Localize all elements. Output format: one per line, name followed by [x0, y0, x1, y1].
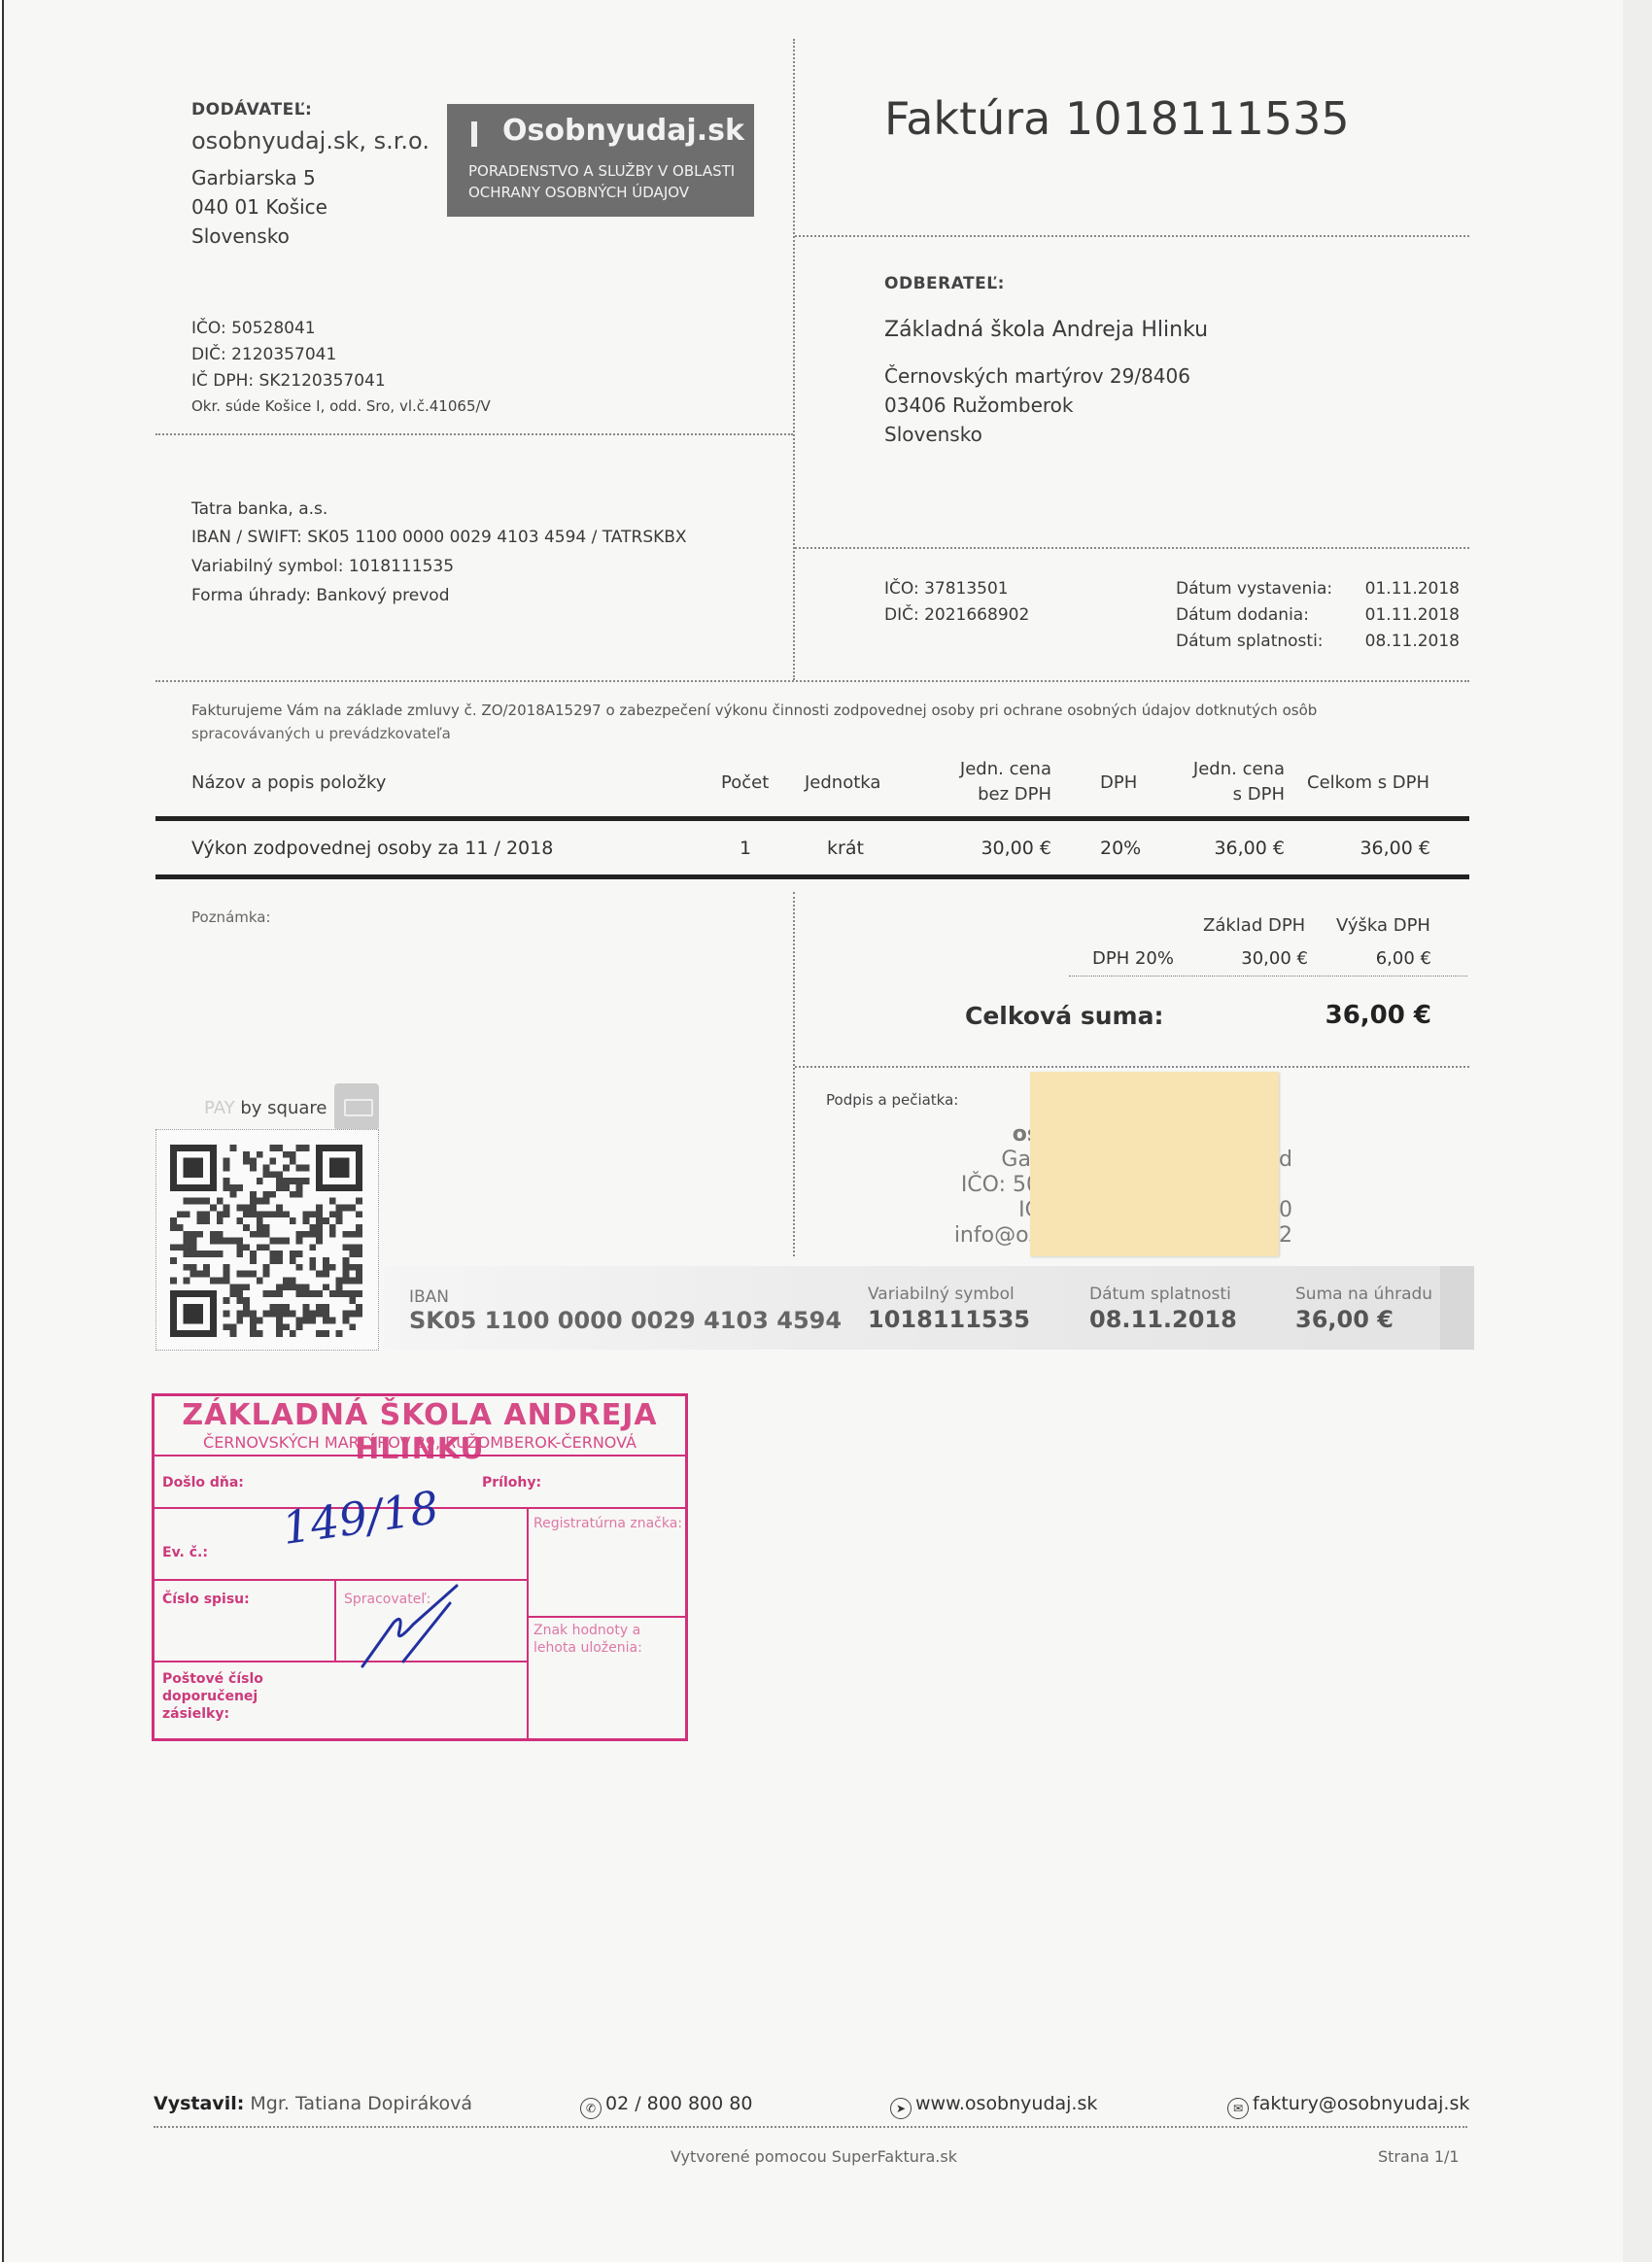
logo-tagline: PORADENSTVO A SLUŽBY V OBLASTI OCHRANY O…	[468, 160, 735, 203]
company-logo: Osobnyudaj.sk PORADENSTVO A SLUŽBY V OBL…	[447, 104, 754, 217]
supplier-dic: DIČ: 2120357041	[191, 342, 336, 368]
website-link[interactable]: www.osobnyudaj.sk	[915, 2093, 1097, 2114]
table-rule	[155, 816, 1469, 821]
stamp-line: d	[1279, 1148, 1308, 1173]
col-header-line: bez DPH	[933, 782, 1051, 807]
footer-phone[interactable]: ✆02 / 800 800 80	[580, 2093, 752, 2119]
stamp-line: info@os	[943, 1223, 1040, 1249]
customer-ico: IČO: 37813501	[884, 576, 1009, 602]
logo-tagline-line: OCHRANY OSOBNÝCH ÚDAJOV	[468, 182, 735, 203]
qr-code-icon	[170, 1145, 362, 1337]
iban-swift: IBAN / SWIFT: SK05 1100 0000 0029 4103 4…	[191, 525, 687, 551]
issued-by: Vystavil: Mgr. Tatiana Dopiráková	[154, 2093, 472, 2114]
due-label: Dátum splatnosti	[1089, 1285, 1231, 1304]
item-qty: 1	[740, 838, 751, 859]
total-value: 36,00 €	[1292, 1001, 1431, 1030]
company-stamp: os Gar IČO: 50 IČ info@os	[943, 1122, 1040, 1249]
invoice-title: Faktúra 1018111535	[884, 92, 1350, 145]
issued-by-name: Mgr. Tatiana Dopiráková	[250, 2093, 472, 2114]
stamp-line: IČO: 50	[943, 1173, 1040, 1198]
by-square-label: by square	[240, 1098, 327, 1118]
supplier-country: Slovensko	[191, 222, 290, 251]
col-header-unit-price: Jedn. cena bez DPH	[933, 757, 1051, 807]
item-unit-price-vat: 36,00 €	[1166, 838, 1285, 859]
date-value: 08.11.2018	[1341, 629, 1460, 655]
iban-value: SK05 1100 0000 0029 4103 4594	[409, 1307, 842, 1334]
divider	[793, 39, 795, 680]
total-label: Celková suma:	[965, 1002, 1163, 1030]
iban-label: IBAN	[409, 1287, 449, 1307]
vat-amount: 6,00 €	[1322, 948, 1431, 969]
col-header-unit: Jednotka	[805, 771, 880, 796]
stamp-received-label: Došlo dňa:	[162, 1474, 244, 1491]
stamp-line: IČ	[943, 1198, 1040, 1223]
footer-email[interactable]: ✉faktury@osobnyudaj.sk	[1227, 2093, 1469, 2119]
col-header-vat: DPH	[1100, 771, 1137, 796]
issued-by-label: Vystavil:	[154, 2093, 244, 2114]
stamp-postal-line: doporučenej	[162, 1688, 263, 1705]
note-label: Poznámka:	[191, 908, 271, 926]
customer-name: Základná škola Andreja Hlinku	[884, 316, 1208, 345]
sticky-note	[1030, 1072, 1279, 1256]
supplier-ic-dph: IČ DPH: SK2120357041	[191, 368, 386, 394]
date-label: Dátum splatnosti:	[1176, 629, 1324, 655]
date-value: 01.11.2018	[1341, 602, 1460, 629]
col-header-unit-price-vat: Jedn. cena s DPH	[1166, 757, 1285, 807]
intro-text: Fakturujeme Vám na základe zmluvy č. ZO/…	[191, 702, 1317, 719]
registry-stamp: ZÁKLADNÁ ŠKOLA ANDREJA HLINKU ČERNOVSKÝC…	[152, 1393, 688, 1741]
stamp-attachments-label: Prílohy:	[482, 1474, 541, 1491]
item-name: Výkon zodpovednej osoby za 11 / 2018	[191, 838, 553, 859]
cursor-icon: ➤	[890, 2098, 912, 2119]
stamp-line: 2	[1279, 1223, 1308, 1249]
stamp-line: 0	[1279, 1198, 1308, 1223]
supplier-registry: Okr. súde Košice I, odd. Sro, vl.č.41065…	[191, 397, 491, 415]
col-header-qty: Počet	[721, 771, 769, 796]
stamp-line: os	[943, 1122, 1040, 1148]
stamp-subtitle: ČERNOVSKÝCH MARTÝROV 29, RUŽOMBEROK-ČERN…	[155, 1433, 685, 1452]
vat-amount-header: Výška DPH	[1336, 913, 1430, 939]
col-header-line: Jedn. cena	[1166, 757, 1285, 782]
amount-value: 36,00 €	[1295, 1306, 1394, 1333]
supplier-name: osobnyudaj.sk, s.r.o.	[191, 127, 430, 154]
stamp-file-no-label: Číslo spisu:	[162, 1591, 250, 1608]
company-stamp: d 0 2	[1279, 1148, 1308, 1249]
stamp-ev-label: Ev. č.:	[162, 1544, 208, 1561]
divider	[155, 680, 1469, 682]
supplier-street: Garbiarska 5	[191, 163, 316, 192]
vs-label: Variabilný symbol	[868, 1285, 1015, 1304]
phone-icon: ✆	[580, 2098, 602, 2119]
bank-name: Tatra banka, a.s.	[191, 497, 327, 523]
stamp-postal-label: Poštové číslo doporučenej zásielky:	[162, 1670, 263, 1723]
customer-city: 03406 Ružomberok	[884, 391, 1073, 420]
variable-symbol: Variabilný symbol: 1018111535	[191, 554, 454, 580]
created-with: Vytvorené pomocou SuperFaktura.sk	[671, 2147, 957, 2166]
pay-label: PAY	[204, 1098, 235, 1118]
divider	[795, 547, 1469, 549]
customer-heading: ODBERATEĽ:	[884, 274, 1005, 293]
col-header-name: Názov a popis položky	[191, 771, 386, 796]
col-header-total: Celkom s DPH	[1307, 771, 1429, 796]
col-header-line: s DPH	[1166, 782, 1285, 807]
stamp-line: Gar	[943, 1148, 1040, 1173]
pay-by-square-label: PAY by square	[204, 1098, 327, 1118]
vat-base-header: Základ DPH	[1203, 913, 1305, 939]
mail-icon: ✉	[1227, 2098, 1249, 2119]
phone-number: 02 / 800 800 80	[605, 2093, 752, 2114]
col-header-line: Jedn. cena	[933, 757, 1051, 782]
vs-value: 1018111535	[868, 1306, 1030, 1333]
item-unit: krát	[827, 838, 864, 859]
page-number: Strana 1/1	[1378, 2147, 1460, 2166]
divider	[1069, 976, 1467, 977]
vat-rate: DPH 20%	[1092, 948, 1174, 969]
divider	[795, 1066, 1469, 1068]
logo-tagline-line: PORADENSTVO A SLUŽBY V OBLASTI	[468, 160, 735, 182]
amount-label: Suma na úhradu	[1295, 1285, 1432, 1304]
logo-mark-icon	[471, 121, 477, 147]
card-icon	[334, 1083, 379, 1130]
divider	[793, 892, 795, 1256]
footer-website[interactable]: ➤www.osobnyudaj.sk	[890, 2093, 1097, 2119]
stamp-postal-line: Poštové číslo	[162, 1670, 263, 1688]
supplier-city: 040 01 Košice	[191, 192, 327, 222]
date-label: Dátum dodania:	[1176, 602, 1309, 629]
table-rule	[155, 874, 1469, 879]
divider	[155, 433, 793, 435]
item-vat: 20%	[1100, 838, 1141, 859]
stamp-postal-line: zásielky:	[162, 1705, 263, 1723]
due-value: 08.11.2018	[1089, 1306, 1237, 1333]
customer-country: Slovensko	[884, 420, 982, 449]
customer-street: Černovských martýrov 29/8406	[884, 361, 1190, 391]
stamp-registry-mark-label: Registratúrna značka:	[533, 1515, 682, 1532]
item-unit-price: 30,00 €	[933, 838, 1051, 859]
page-edge	[0, 0, 5, 2262]
stamp-retention-label: Znak hodnoty a lehota uloženia:	[533, 1622, 679, 1657]
date-value: 01.11.2018	[1341, 576, 1460, 602]
payment-method: Forma úhrady: Bankový prevod	[191, 583, 449, 609]
divider	[154, 2126, 1467, 2128]
supplier-heading: DODÁVATEĽ:	[191, 100, 312, 120]
signature-label: Podpis a pečiatka:	[826, 1091, 958, 1109]
handwritten-signature-icon	[355, 1584, 462, 1671]
item-total: 36,00 €	[1312, 838, 1430, 859]
email-link[interactable]: faktury@osobnyudaj.sk	[1253, 2093, 1469, 2114]
supplier-ico: IČO: 50528041	[191, 316, 316, 342]
customer-dic: DIČ: 2021668902	[884, 602, 1029, 629]
page-edge	[1623, 0, 1652, 2262]
intro-text: spracovávaných u prevádzkovateľa	[191, 725, 451, 742]
divider	[795, 235, 1469, 237]
vat-base: 30,00 €	[1195, 948, 1308, 969]
logo-brand: Osobnyudaj.sk	[502, 114, 744, 148]
date-label: Dátum vystavenia:	[1176, 576, 1332, 602]
